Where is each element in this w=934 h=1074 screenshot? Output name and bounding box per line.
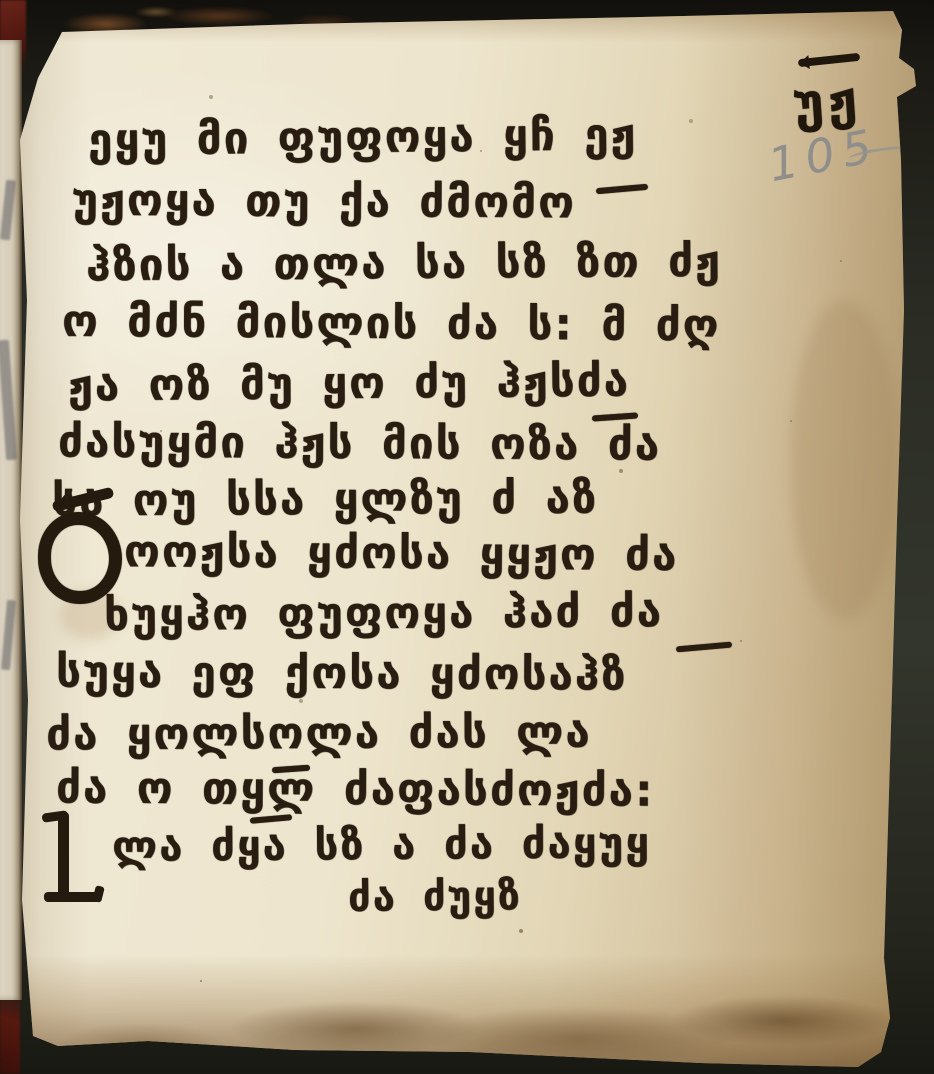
text-line-7: სა ოუ სსა ყლზუ ძ აზ (52, 473, 598, 527)
text-line-12: ძა ო თყლ ძაფასძოჟძა: (56, 762, 655, 816)
showthrough-ink-mark (0, 340, 17, 460)
parchment-page: უჟ 105 ეყუ მი ფუფოყა ყჩ ეჟ უჟოყა თუ ქა ძ… (0, 0, 934, 1074)
text-line-6: ძასუყმი ჰჟს მის ოზა ძა (58, 416, 661, 470)
parchment-blotch (790, 300, 900, 620)
bottom-edge-staining (0, 955, 934, 1074)
illuminated-initial-round (38, 512, 122, 604)
endband-sewing-texture (24, 1042, 144, 1074)
text-line-8: ოოჟსა ყძოსა ყყჟო ძა (124, 526, 679, 581)
text-line-1: ეყუ მი ფუფოყა ყჩ ეჟ (88, 109, 638, 166)
manuscript-photograph: უჟ 105 ეყუ მი ფუფოყა ყჩ ეჟ უჟოყა თუ ქა ძ… (0, 0, 934, 1074)
text-line-10: სუყა ეფ ქოსა ყძოსაჰზ (56, 647, 628, 701)
illuminated-initial-tall-tick (92, 885, 105, 903)
abbreviation-mark (596, 184, 648, 195)
text-line-11: ძა ყოლსოლა ძას ლა (46, 707, 592, 761)
adjacent-folio-edge (0, 40, 22, 1000)
text-line-14: ძა ძუყზ (348, 873, 522, 921)
text-line-5: ჟა ოზ მუ ყო ძუ ჰჟსძა (68, 356, 630, 412)
text-line-2: უჟოყა თუ ქა ძმომო (72, 175, 576, 229)
showthrough-ink-mark (0, 180, 16, 241)
text-line-9: ხუყჰო ფუფოყა ჰაძ ძა (104, 586, 663, 641)
showthrough-ink-mark (1, 600, 16, 671)
illuminated-initial-tall-foot (44, 892, 100, 902)
illuminated-initial-tall (58, 812, 69, 900)
text-line-13: ლა ძყა სზ ა ძა ძაყუყ (112, 818, 651, 871)
text-line-4: ო მძნ მისლის ძა ს: მ ძღ (62, 296, 721, 352)
text-line-3: ჰზის ა თლა სა სზ ზთ ძჟ (86, 236, 722, 291)
